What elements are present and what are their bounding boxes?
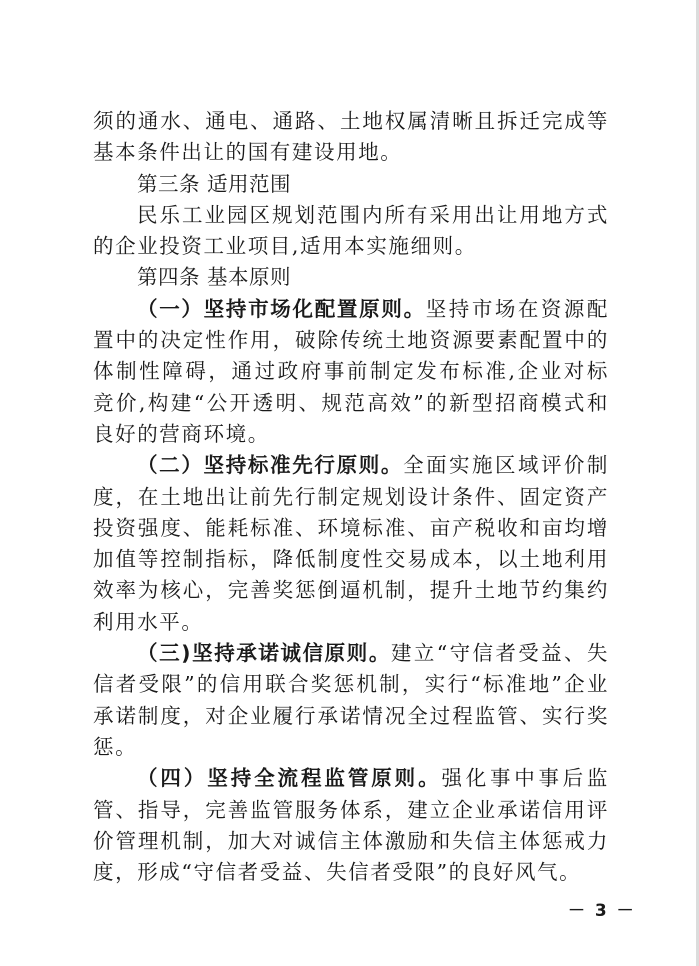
principle-2-text: 全面实施区域评价制度，在土地出让前先行制定规划设计条件、固定资产投资强度、能耗标… [93, 453, 609, 633]
article-4-heading: 第四条 基本原则 [93, 262, 609, 293]
principle-1-lead: （一）坚持市场化配置原则。 [137, 297, 426, 321]
principle-4-lead: （四）坚持全流程监管原则。 [137, 766, 442, 790]
principle-2-lead: （二）坚持标准先行原则。 [137, 453, 403, 477]
principle-1-paragraph: （一）坚持市场化配置原则。坚持市场在资源配置中的决定性作用，破除传统土地资源要素… [93, 294, 609, 450]
principle-3-paragraph: （三)坚持承诺诚信原则。建立“守信者受益、失信者受限”的信用联合奖惩机制，实行“… [93, 638, 609, 763]
paragraph-continuation: 须的通水、通电、通路、土地权属清晰且拆迁完成等基本条件出让的国有建设用地。 [93, 106, 609, 169]
principle-3-lead: （三)坚持承诺诚信原则。 [137, 641, 391, 665]
article-3-paragraph: 民乐工业园区规划范围内所有采用出让用地方式的企业投资工业项目,适用本实施细则。 [93, 200, 609, 263]
article-3-heading: 第三条 适用范围 [93, 169, 609, 200]
page-number: － 3 － [568, 896, 636, 921]
document-body: 须的通水、通电、通路、土地权属清晰且拆迁完成等基本条件出让的国有建设用地。 第三… [93, 106, 609, 888]
principle-2-paragraph: （二）坚持标准先行原则。全面实施区域评价制度，在土地出让前先行制定规划设计条件、… [93, 450, 609, 638]
principle-4-paragraph: （四）坚持全流程监管原则。强化事中事后监管、指导，完善监管服务体系，建立企业承诺… [93, 763, 609, 888]
